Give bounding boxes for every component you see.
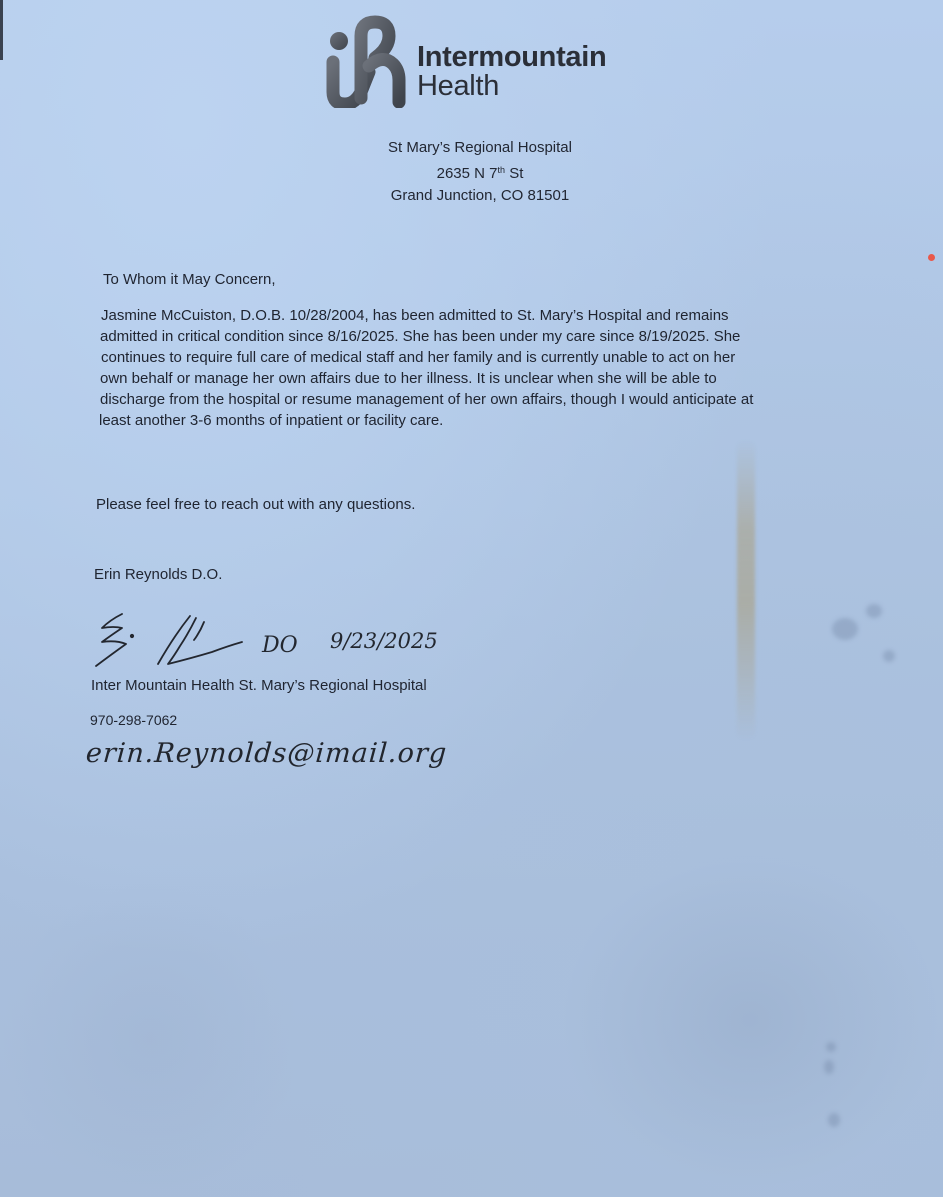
ih-monogram-icon [325,14,407,108]
brand-name: Intermountain Health [417,43,606,101]
red-mark [928,254,935,261]
paper-shadow [560,850,940,1190]
hospital-address: St Mary’s Regional Hospital 2635 N 7th S… [330,137,630,207]
signer-name: Erin Reynolds D.O. [94,566,222,583]
body-line: own behalf or manage her own affairs due… [100,368,861,389]
handwritten-credential: DO [261,633,298,658]
letterhead-logo: Intermountain Health [325,14,606,108]
handwritten-email: erin.Reynolds@imail.org [85,738,448,769]
body-line: continues to require full care of medica… [101,347,861,368]
water-spot [866,604,882,618]
organization-name: Inter Mountain Health St. Mary’s Regiona… [91,677,427,694]
handwritten-signature: DO 9/23/2025 [92,606,472,674]
phone-number: 970-298-7062 [90,712,177,728]
paper-shadow [0,880,300,1197]
hospital-name: St Mary’s Regional Hospital [330,137,630,159]
body-line: Jasmine McCuiston, D.O.B. 10/28/2004, ha… [101,305,861,326]
salutation: To Whom it May Concern, [103,271,276,288]
body-line: admitted in critical condition since 8/1… [100,326,861,347]
water-spot [883,650,895,662]
handwritten-date: 9/23/2025 [330,629,438,653]
body-line: least another 3-6 months of inpatient or… [99,410,861,431]
brand-line-2: Health [417,72,606,101]
water-stain [737,440,755,740]
street-address: 2635 N 7th St [330,159,630,185]
body-line: discharge from the hospital or resume ma… [100,389,861,410]
letter-body: Jasmine McCuiston, D.O.B. 10/28/2004, ha… [101,305,861,431]
water-spot [826,1042,836,1052]
city-state-zip: Grand Junction, CO 81501 [330,185,630,207]
water-spot [828,1113,840,1127]
brand-line-1: Intermountain [417,43,606,72]
photo-edge-shadow [0,0,3,60]
closing-line: Please feel free to reach out with any q… [96,496,415,513]
water-spot [832,618,858,640]
water-spot [824,1060,834,1074]
